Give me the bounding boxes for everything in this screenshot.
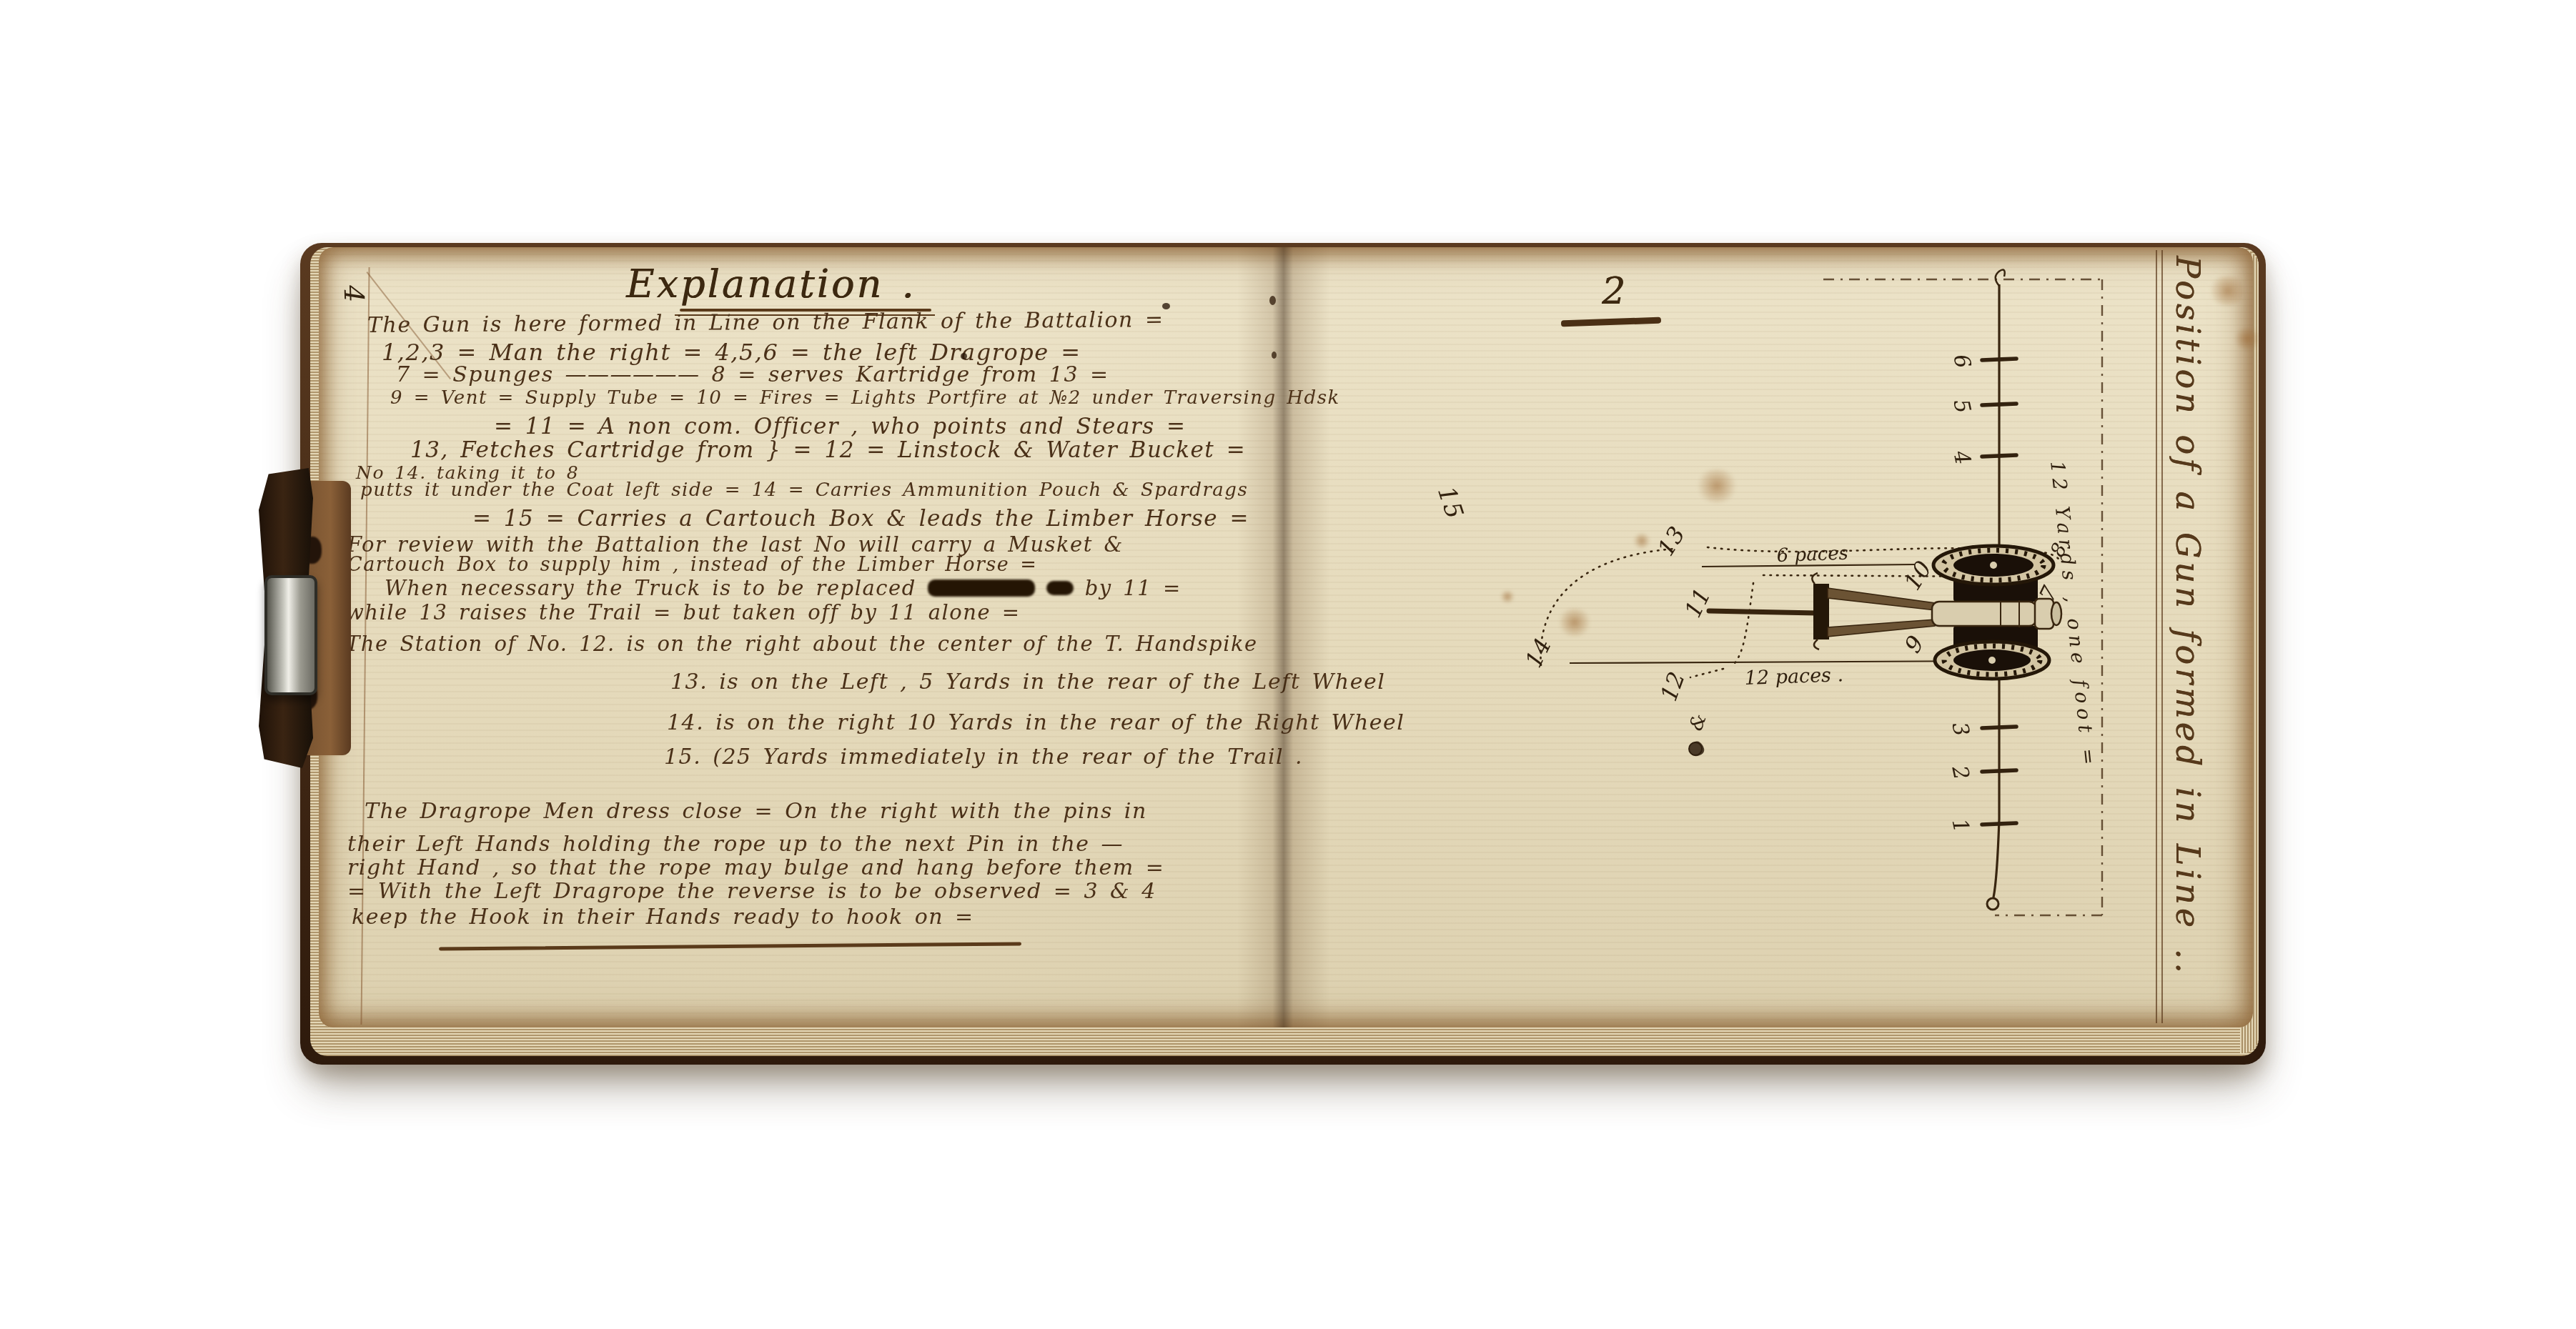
ruler-tick-label: 2 (1946, 763, 1973, 782)
ink-blot-erasure (928, 579, 1035, 597)
figure-label-10: 10 (1898, 556, 1937, 595)
manuscript-line: = 11 = A non com. Officer , who points a… (494, 414, 1187, 439)
ruler-tick (1982, 359, 2016, 360)
ruler-tick-label: 6 (1948, 352, 1975, 371)
transom-hook-top (1812, 573, 1818, 584)
left-page: 4 Explanation . The Gun is here formed i… (319, 247, 1280, 1027)
manuscript-line: 7 = Spunges —————— 8 = serves Kartridge … (396, 362, 1109, 387)
figure-label-11: 11 (1679, 584, 1716, 622)
stain (1272, 352, 1277, 359)
manuscript-line: Cartouch Box to supply him , instead of … (347, 554, 1037, 576)
twelve-paces-label: 12 paces . (1744, 664, 1843, 690)
manuscript-line: The Station of No. 12. is on the right a… (346, 632, 1258, 656)
twelve-paces-line (1570, 661, 1995, 663)
gun-position-diagram: 6 5 4 3 2 1 6 paces 12 paces . (1280, 247, 2256, 1027)
manuscript-line: = 15 = Carries a Cartouch Box & leads th… (472, 506, 1249, 532)
paragraph-line: = With the Left Dragrope the reverse is … (347, 879, 1156, 904)
manuscript-line: 9 = Vent = Supply Tube = 10 = Fires = Li… (390, 387, 1340, 409)
page-title: Explanation . (626, 262, 916, 307)
ruler-tick-label: 1 (1946, 817, 1973, 835)
ruler-tick-label: 3 (1946, 720, 1973, 739)
ink-blot-small (1046, 581, 1074, 595)
ruler-tick (1982, 404, 2016, 405)
gun-barrel (1932, 602, 2036, 626)
photo-backdrop: 4 Explanation . The Gun is here formed i… (0, 0, 2576, 1329)
hub-pin (1990, 562, 1997, 569)
ruler-tick (1982, 823, 2016, 825)
lower-wheel (1935, 642, 2049, 679)
paragraph-line: right Hand , so that the rope may bulge … (347, 855, 1164, 880)
ruler-tick-label: 5 (1948, 397, 1975, 416)
open-pages: 4 Explanation . The Gun is here formed i… (319, 247, 2253, 1027)
figure-label-9: 9 (1899, 631, 1930, 657)
trail-handspike (1709, 611, 1816, 613)
ruler-tick (1982, 770, 2016, 772)
clasp (259, 468, 366, 768)
manuscript-line: 13, Fetches Cartridge from } = 12 = Lins… (410, 437, 1246, 463)
right-page: 2 15 Position of a Gun formed in Line .. (1280, 247, 2253, 1027)
manuscript-line: For review with the Battalion the last N… (347, 532, 1124, 557)
station-line: 15. (25 Yards immediately in the rear of… (664, 745, 1303, 770)
ruler-tick (1982, 455, 2016, 457)
manuscript-line-with-erasure: When necessary the Truck is to be replac… (385, 576, 1182, 600)
stain (1269, 296, 1276, 305)
paragraph-line: The Dragrope Men dress close = On the ri… (365, 799, 1147, 824)
figure-label-13: 13 (1652, 522, 1690, 561)
manuscript-line: while 13 raises the Trail = but taken of… (346, 600, 1021, 624)
stain (961, 353, 967, 359)
transom-hook-bottom (1814, 639, 1819, 649)
notebook: 4 Explanation . The Gun is here formed i… (300, 243, 2266, 1065)
left-page-number: 4 (337, 284, 370, 304)
paragraph-line: their Left Hands holding the rope up to … (347, 832, 1124, 857)
station-line: 13. is on the Left , 5 Yards in the rear… (670, 670, 1385, 695)
ruler-tick-label: 4 (1948, 448, 1975, 467)
figure-label-12: 12 (1655, 668, 1690, 705)
stain (1162, 303, 1170, 309)
figure-label-14: 14 (1520, 634, 1557, 672)
figure-label-ampersand: & (1685, 711, 1711, 734)
hub-pin (1988, 657, 1996, 664)
carriage-beam-lower (1828, 619, 1935, 637)
dotted-arc-14-to-13 (1540, 549, 1675, 665)
line-end-ring (1987, 898, 1998, 910)
upper-wheel (1933, 546, 2054, 584)
ruler-tick (1982, 727, 2016, 728)
line-text-before-erasure: When necessary the Truck is to be replac… (385, 576, 916, 600)
bottom-flourish-rule (439, 942, 1021, 950)
six-paces-label: 6 paces (1776, 543, 1848, 567)
scribble-mark (1689, 741, 1704, 756)
trail-transom (1813, 584, 1829, 639)
manuscript-line: putts it under the Coat left side = 14 =… (360, 479, 1248, 501)
line-top-knob (1996, 270, 2005, 286)
paragraph-line: keep the Hook in their Hands ready to ho… (352, 905, 974, 930)
clasp-buckle (264, 575, 317, 695)
manuscript-line: The Gun is here formed in Line on the Fl… (367, 307, 1164, 338)
line-text-after-erasure: by 11 = (1085, 576, 1182, 600)
